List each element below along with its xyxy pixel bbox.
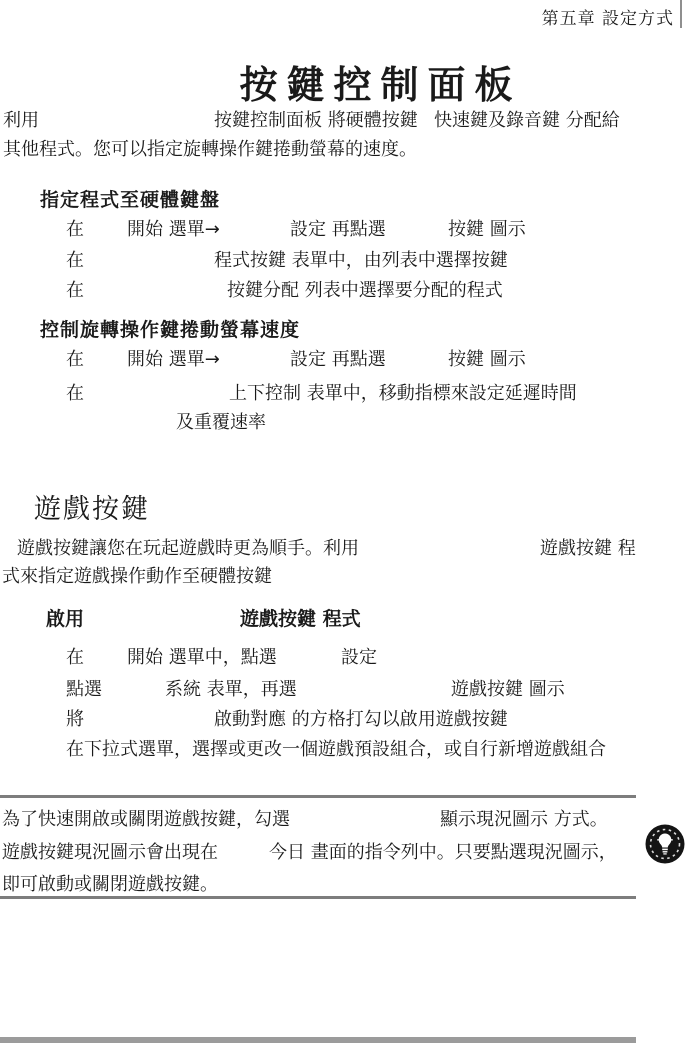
step-text: 設定 再點選 bbox=[290, 218, 386, 242]
intro-line-2: 其他程式。您可以指定旋轉操作鍵捲動螢幕的速度。 bbox=[0, 138, 689, 164]
step-text: 在 bbox=[66, 348, 84, 372]
step-line: 點選 系統 表單，再選 遊戲按鍵 圖示 bbox=[0, 678, 689, 704]
step-text: 設定 bbox=[341, 646, 377, 670]
paragraph-text: 式來指定遊戲操作動作至硬體按鍵 bbox=[2, 565, 272, 589]
step-line: 在 開始 選單中，點選 設定 bbox=[0, 646, 689, 672]
step-line: 在 上下控制 表單中，移動指標來設定延遲時間 bbox=[0, 382, 689, 408]
step-text: 在 bbox=[66, 382, 84, 406]
page-title: 按鍵控制面板 bbox=[0, 54, 689, 109]
note-text: 今日 畫面的指令列中。只要點選現況圖示， bbox=[269, 841, 617, 865]
section-heading-jog-dial-speed: 控制旋轉操作鍵捲動螢幕速度 bbox=[40, 315, 300, 342]
step-line: 在 程式按鍵 表單中，由列表中選擇按鍵 bbox=[0, 249, 689, 275]
step-text: 啟動對應 的方格打勾以啟用遊戲按鍵 bbox=[214, 708, 508, 732]
intro-text: 快速鍵及錄音鍵 分配給 bbox=[434, 109, 620, 133]
step-text: 程式按鍵 表單中，由列表中選擇按鍵 bbox=[214, 249, 508, 273]
step-text: 按鍵 圖示 bbox=[448, 218, 526, 242]
note-line: 為了快速開啟或關閉遊戲按鍵，勾選 顯示現況圖示 方式。 bbox=[0, 808, 689, 834]
note-bottom-rule bbox=[0, 896, 636, 899]
step-text: 在下拉式選單，選擇或更改一個遊戲預設組合，或自行新增遊戲組合 bbox=[66, 738, 606, 762]
step-line: 在 按鍵分配 列表中選擇要分配的程式 bbox=[0, 279, 689, 305]
step-text: 開始 選單→ bbox=[127, 218, 220, 242]
intro-text: 利用 bbox=[3, 109, 39, 133]
intro-text: 按鍵控制面板 將硬體按鍵 bbox=[214, 109, 418, 133]
step-line: 在下拉式選單，選擇或更改一個遊戲預設組合，或自行新增遊戲組合 bbox=[0, 738, 689, 764]
note-top-rule bbox=[0, 795, 636, 798]
subsection-heading-text: 啟用 bbox=[46, 607, 84, 631]
step-line: 將 啟動對應 的方格打勾以啟用遊戲按鍵 bbox=[0, 708, 689, 734]
intro-line-1: 利用 按鍵控制面板 將硬體按鍵 快速鍵及錄音鍵 分配給 bbox=[0, 109, 689, 135]
step-text: 將 bbox=[66, 708, 84, 732]
subsection-heading-text: 遊戲按鍵 程式 bbox=[240, 607, 361, 631]
footer-bar bbox=[0, 1037, 636, 1043]
note-line: 遊戲按鍵現況圖示會出現在 今日 畫面的指令列中。只要點選現況圖示， bbox=[0, 841, 689, 867]
step-text: 按鍵 圖示 bbox=[448, 348, 526, 372]
paragraph-line: 遊戲按鍵讓您在玩起遊戲時更為順手。利用 遊戲按鍵 程 bbox=[0, 537, 689, 563]
header-divider bbox=[680, 0, 682, 28]
step-line: 在 開始 選單→ 設定 再點選 按鍵 圖示 bbox=[0, 348, 689, 374]
section-heading-game-keys: 遊戲按鍵 bbox=[34, 487, 150, 526]
step-text: 點選 bbox=[66, 678, 102, 702]
section-heading-assign-programs: 指定程式至硬體鍵盤 bbox=[40, 185, 220, 212]
tip-lightbulb-icon bbox=[645, 824, 685, 864]
subsection-heading-enable-game-keys: 啟用 遊戲按鍵 程式 bbox=[0, 607, 689, 633]
intro-text: 其他程式。您可以指定旋轉操作鍵捲動螢幕的速度。 bbox=[3, 138, 417, 162]
step-text: 遊戲按鍵 圖示 bbox=[451, 678, 565, 702]
paragraph-text: 遊戲按鍵 程 bbox=[540, 537, 636, 561]
step-line: 在 開始 選單→ 設定 再點選 按鍵 圖示 bbox=[0, 218, 689, 244]
step-text: 在 bbox=[66, 249, 84, 273]
paragraph-line: 式來指定遊戲操作動作至硬體按鍵 bbox=[0, 565, 689, 591]
note-text: 顯示現況圖示 方式。 bbox=[440, 808, 608, 832]
step-text: 上下控制 表單中，移動指標來設定延遲時間 bbox=[229, 382, 577, 406]
step-text: 在 bbox=[66, 646, 84, 670]
note-text: 即可啟動或關閉遊戲按鍵。 bbox=[2, 873, 218, 897]
note-text: 遊戲按鍵現況圖示會出現在 bbox=[2, 841, 218, 865]
step-text: 系統 表單，再選 bbox=[165, 678, 297, 702]
note-text: 為了快速開啟或關閉遊戲按鍵，勾選 bbox=[2, 808, 290, 832]
step-line-continuation: 及重覆速率 bbox=[0, 411, 689, 437]
step-text: 按鍵分配 列表中選擇要分配的程式 bbox=[227, 279, 503, 303]
step-text: 設定 再點選 bbox=[290, 348, 386, 372]
page-header-chapter: 第五章 設定方式 bbox=[542, 4, 674, 29]
manual-page: 第五章 設定方式 按鍵控制面板 利用 按鍵控制面板 將硬體按鍵 快速鍵及錄音鍵 … bbox=[0, 0, 689, 1045]
step-text: 及重覆速率 bbox=[176, 411, 266, 435]
step-text: 在 bbox=[66, 279, 84, 303]
step-text: 開始 選單中，點選 bbox=[127, 646, 277, 670]
paragraph-text: 遊戲按鍵讓您在玩起遊戲時更為順手。利用 bbox=[17, 537, 359, 561]
step-text: 開始 選單→ bbox=[127, 348, 220, 372]
step-text: 在 bbox=[66, 218, 84, 242]
